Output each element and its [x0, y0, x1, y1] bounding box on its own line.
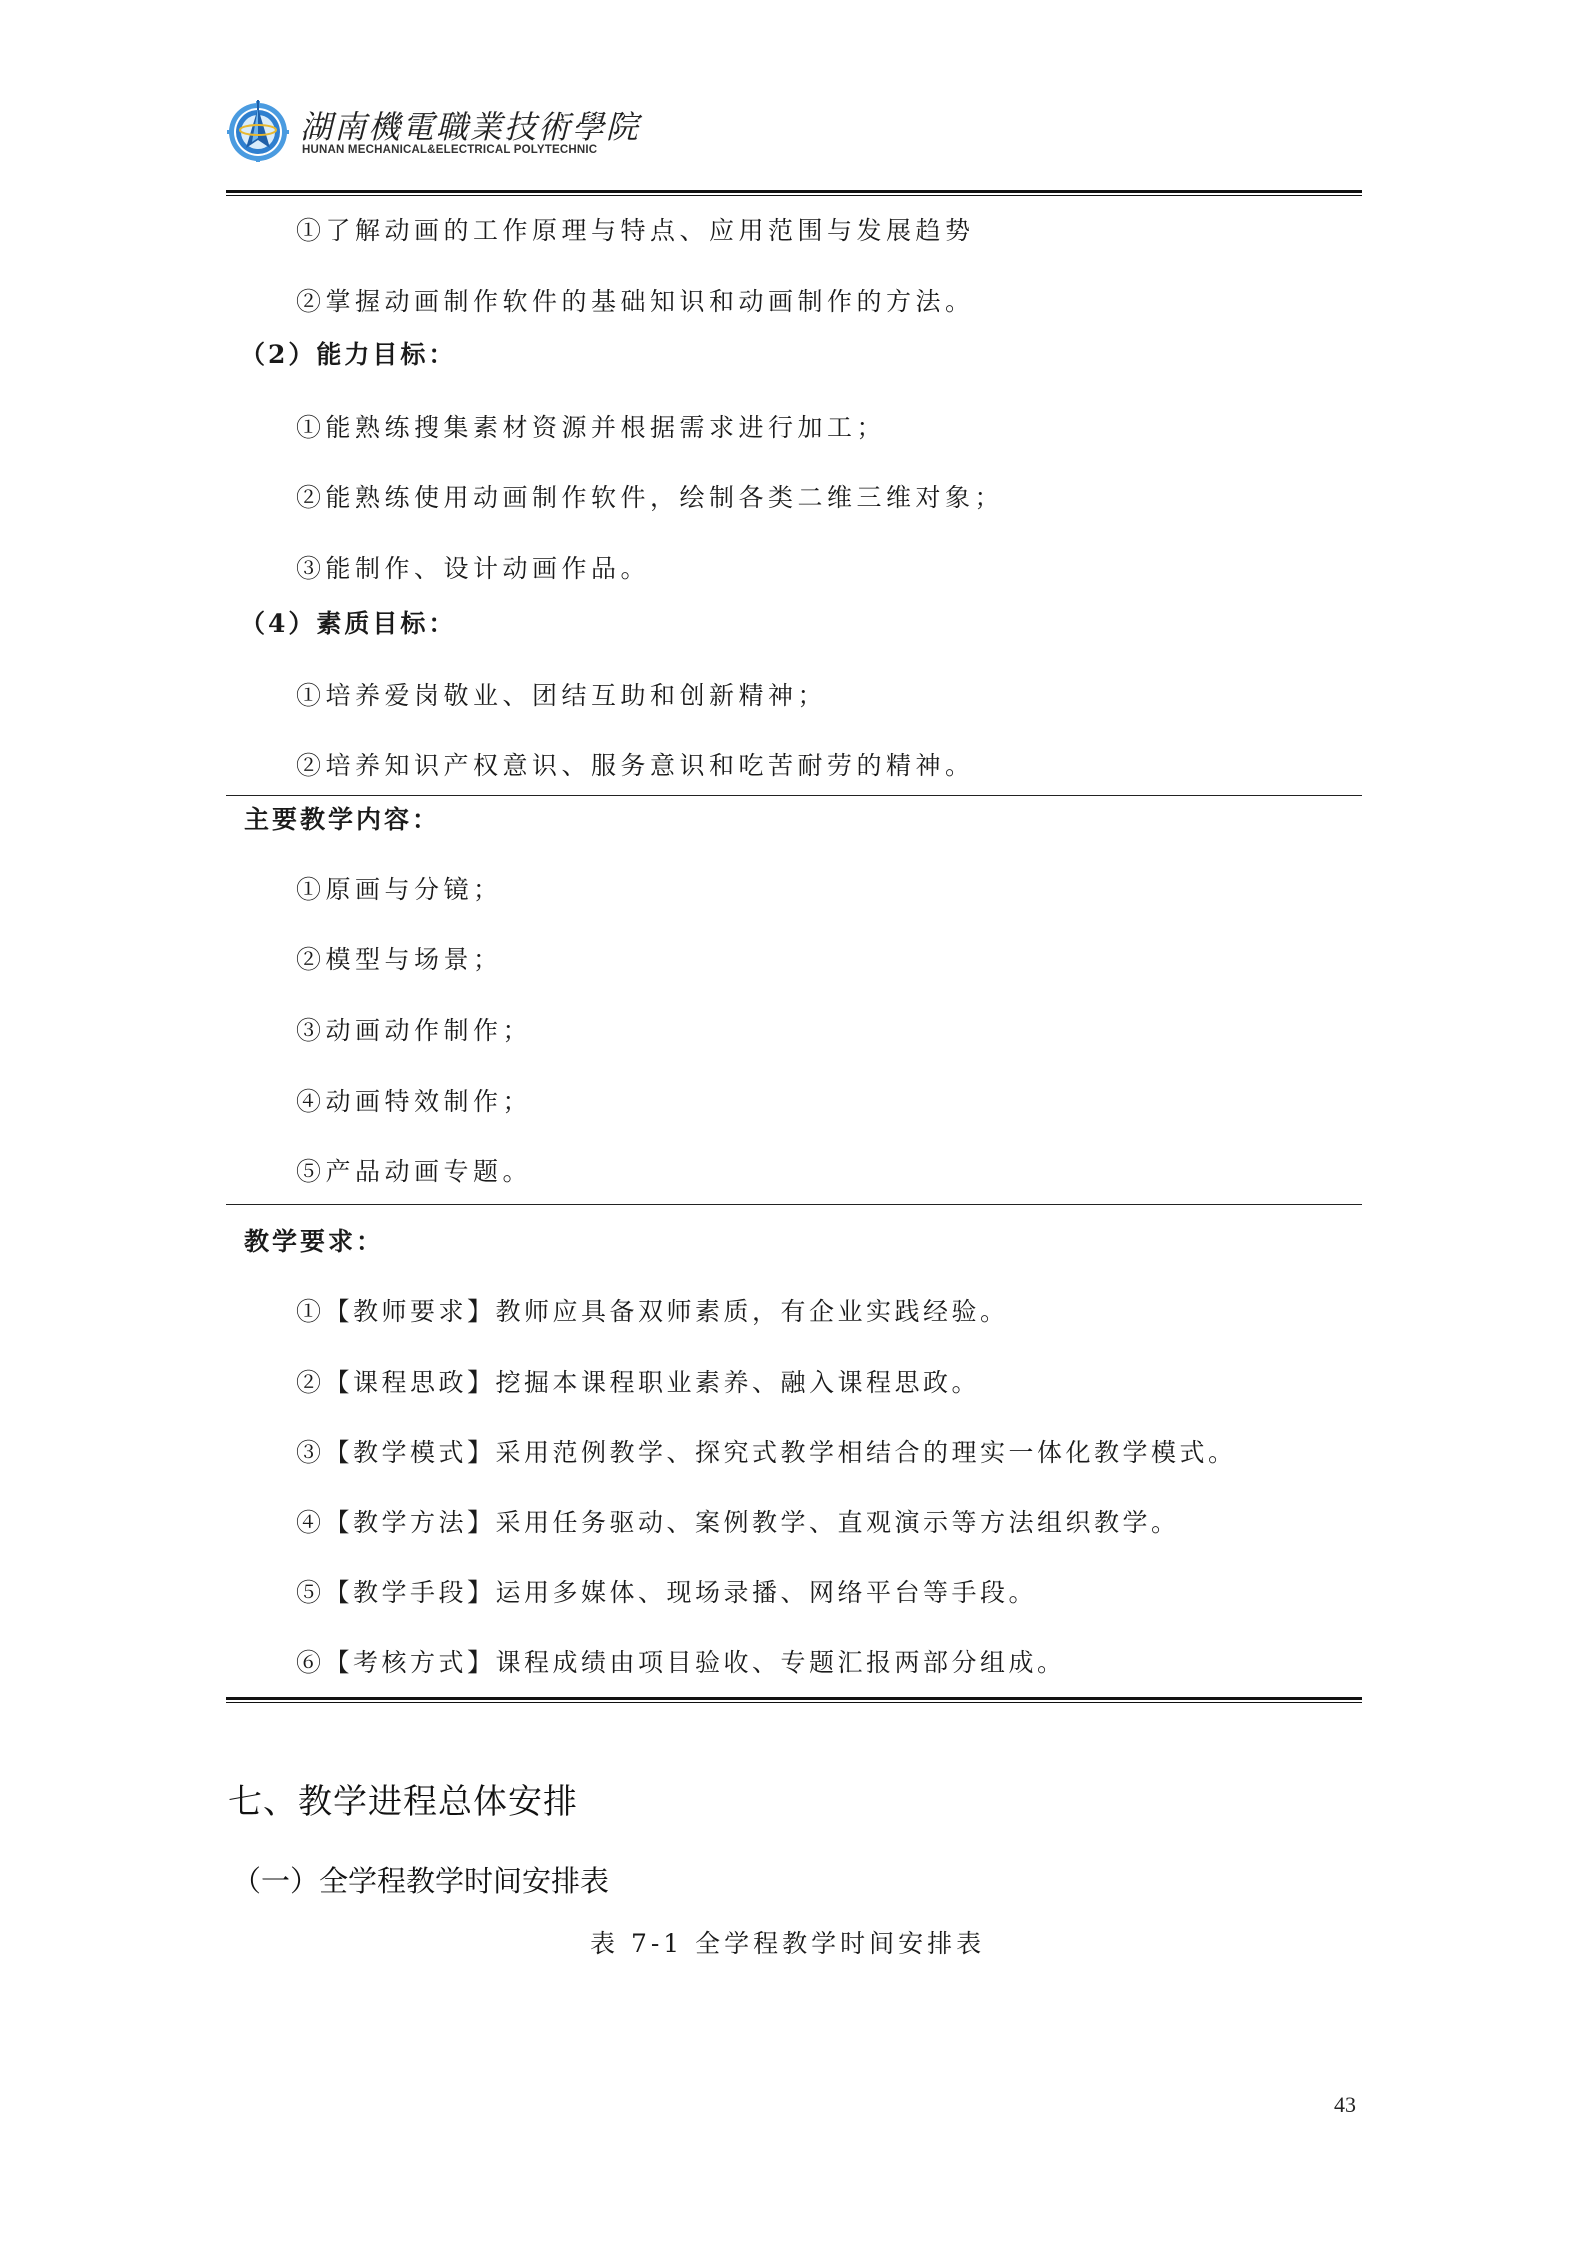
table-caption: 表 7-1 全学程教学时间安排表 — [590, 1924, 985, 1960]
ability-item: ③能制作、设计动画作品。 — [296, 549, 650, 585]
ability-item: ①能熟练搜集素材资源并根据需求进行加工； — [296, 408, 886, 444]
quality-item: ②培养知识产权意识、服务意识和吃苦耐劳的精神。 — [296, 746, 975, 782]
requirement-item: ④【教学方法】采用任务驱动、案例教学、直观演示等方法组织教学。 — [296, 1503, 1180, 1539]
requirement-number: ④ — [296, 1508, 325, 1537]
requirement-item: ①【教师要求】教师应具备双师素质，有企业实践经验。 — [296, 1292, 1009, 1328]
requirement-number: ⑥ — [296, 1648, 325, 1677]
requirement-item: ⑥【考核方式】课程成绩由项目验收、专题汇报两部分组成。 — [296, 1643, 1066, 1679]
page-number: 43 — [1334, 2092, 1356, 2118]
teaching-requirements-heading: 教学要求： — [244, 1222, 384, 1258]
requirement-number: ⑤ — [296, 1578, 325, 1607]
requirement-tag: 【教学模式】 — [325, 1438, 496, 1467]
institution-name-en: HUNAN MECHANICAL&ELECTRICAL POLYTECHNIC — [302, 144, 597, 156]
requirement-text: 课程成绩由项目验收、专题汇报两部分组成。 — [496, 1648, 1066, 1677]
content-item: ⑤产品动画专题。 — [296, 1152, 532, 1188]
requirement-item: ⑤【教学手段】运用多媒体、现场录播、网络平台等手段。 — [296, 1573, 1037, 1609]
knowledge-item: ②掌握动画制作软件的基础知识和动画制作的方法。 — [296, 282, 975, 318]
quality-objectives-heading: （4）素质目标： — [240, 604, 456, 640]
content-item: ②模型与场景； — [296, 940, 503, 976]
section-divider — [226, 1204, 1362, 1205]
section-title: 七、教学进程总体安排 — [228, 1774, 578, 1823]
content-item: ③动画动作制作； — [296, 1011, 532, 1047]
requirement-number: ① — [296, 1297, 325, 1326]
requirement-tag: 【教学手段】 — [325, 1578, 496, 1607]
header-divider — [226, 190, 1362, 196]
requirement-item: ③【教学模式】采用范例教学、探究式教学相结合的理实一体化教学模式。 — [296, 1433, 1237, 1469]
content-item: ④动画特效制作； — [296, 1082, 532, 1118]
college-logo-icon — [226, 98, 290, 162]
requirement-text: 采用范例教学、探究式教学相结合的理实一体化教学模式。 — [496, 1438, 1237, 1467]
knowledge-item: ①了解动画的工作原理与特点、应用范围与发展趋势 — [296, 211, 975, 247]
ability-objectives-heading: （2）能力目标： — [240, 335, 456, 371]
requirement-text: 教师应具备双师素质，有企业实践经验。 — [496, 1297, 1009, 1326]
requirement-number: ③ — [296, 1438, 325, 1467]
requirement-text: 采用任务驱动、案例教学、直观演示等方法组织教学。 — [496, 1508, 1180, 1537]
page-header: 湖南機電職業技術學院 HUNAN MECHANICAL&ELECTRICAL P… — [226, 96, 1366, 176]
requirement-tag: 【课程思政】 — [325, 1368, 496, 1397]
institution-name-cn: 湖南機電職業技術學院 — [300, 102, 640, 148]
requirement-tag: 【教学方法】 — [325, 1508, 496, 1537]
subsection-title: （一）全学程教学时间安排表 — [232, 1859, 609, 1900]
requirement-tag: 【考核方式】 — [325, 1648, 496, 1677]
quality-item: ①培养爱岗敬业、团结互助和创新精神； — [296, 676, 827, 712]
teaching-content-heading: 主要教学内容： — [244, 800, 440, 836]
section-divider — [226, 795, 1362, 796]
requirement-item: ②【课程思政】挖掘本课程职业素养、融入课程思政。 — [296, 1363, 980, 1399]
requirement-text: 挖掘本课程职业素养、融入课程思政。 — [496, 1368, 981, 1397]
requirement-number: ② — [296, 1368, 325, 1397]
requirement-text: 运用多媒体、现场录播、网络平台等手段。 — [496, 1578, 1038, 1607]
table-bottom-rule — [226, 1697, 1362, 1703]
ability-item: ②能熟练使用动画制作软件，绘制各类二维三维对象； — [296, 478, 1004, 514]
requirement-tag: 【教师要求】 — [325, 1297, 496, 1326]
content-item: ①原画与分镜； — [296, 870, 503, 906]
